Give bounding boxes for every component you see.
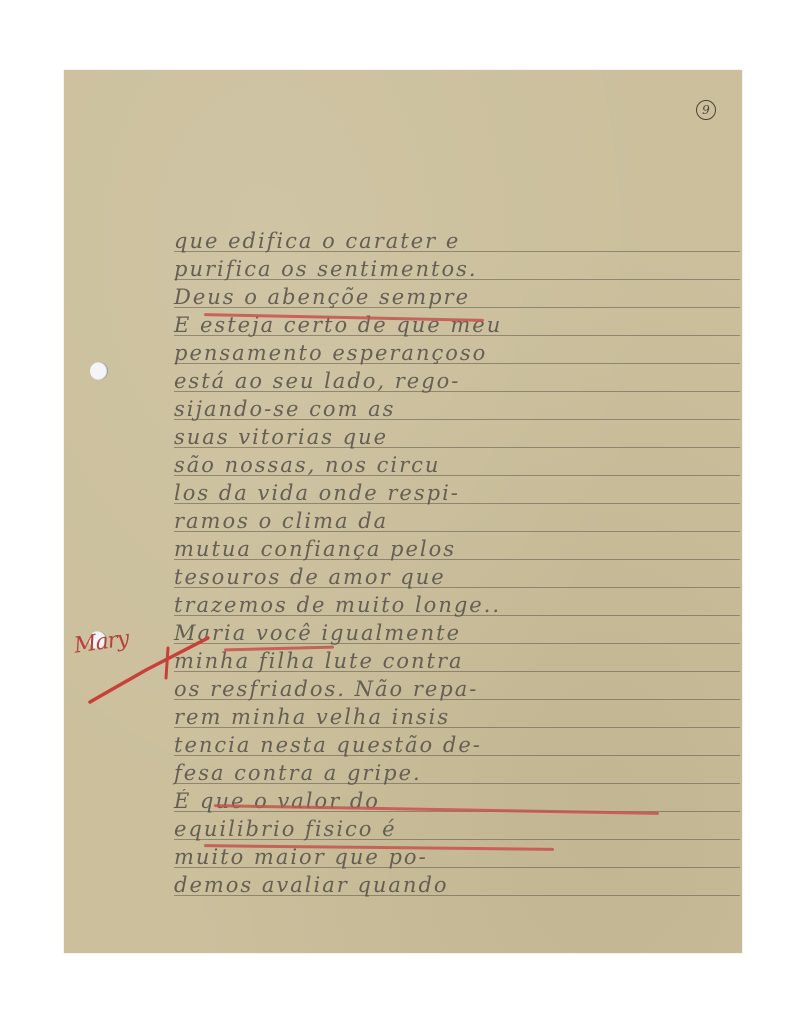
punch-hole-top: [90, 362, 108, 380]
handwritten-line: purifica os sentimentos.: [174, 253, 740, 281]
handwritten-line: pensamento esperançoso: [174, 337, 740, 365]
handwritten-line: mutua confiança pelos: [174, 533, 740, 561]
handwritten-line: ramos o clima da: [174, 505, 740, 533]
handwritten-line: que edifica o carater e: [174, 225, 740, 253]
handwritten-line: são nossas, nos circu: [174, 449, 740, 477]
red-check-mark-icon: [86, 630, 216, 710]
handwritten-line: E esteja certo de que meu: [174, 309, 740, 337]
handwritten-line: Deus o abençõe sempre: [174, 281, 740, 309]
handwritten-line: suas vitorias que: [174, 421, 740, 449]
handwritten-line: fesa contra a gripe.: [174, 757, 740, 785]
page-number: 9: [696, 100, 716, 120]
handwritten-line: los da vida onde respi-: [174, 477, 740, 505]
handwritten-line: Maria você igualmente: [174, 617, 740, 645]
letter-page: 9 que edifica o carater e purifica os se…: [64, 70, 742, 953]
handwritten-line: tesouros de amor que: [174, 561, 740, 589]
handwritten-line: demos avaliar quando: [174, 869, 740, 897]
handwritten-line: trazemos de muito longe..: [174, 589, 740, 617]
handwritten-line: tencia nesta questão de-: [174, 729, 740, 757]
handwritten-line: rem minha velha insis: [174, 701, 740, 729]
handwritten-line: sijando-se com as: [174, 393, 740, 421]
handwritten-line: os resfriados. Não repa-: [174, 673, 740, 701]
handwritten-line: está ao seu lado, rego-: [174, 365, 740, 393]
handwritten-line: equilibrio fisico é: [174, 813, 740, 841]
